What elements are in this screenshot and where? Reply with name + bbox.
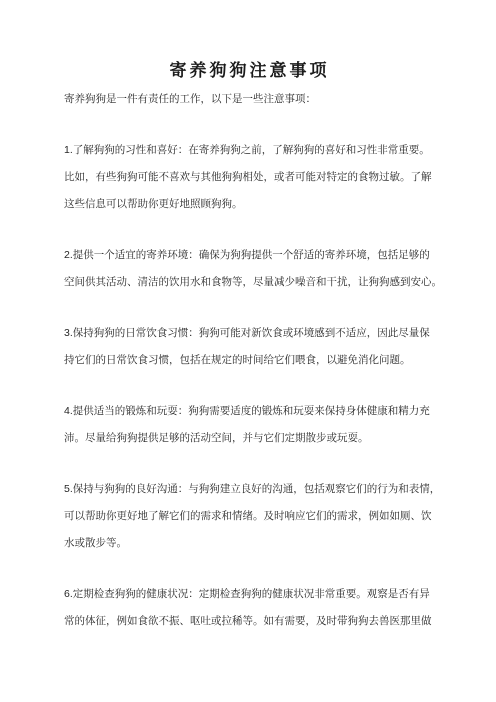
- paragraph-line: 2.提供一个适宜的寄养环境：确保为狗狗提供一个舒适的寄养环境，包括足够的: [64, 242, 432, 269]
- paragraph-line: 水或散步等。: [64, 530, 432, 557]
- paragraph-line: 常的体征，例如食欲不振、呕吐或拉稀等。如有需要，及时带狗狗去兽医那里做: [64, 608, 432, 635]
- body-paragraph-2: 2.提供一个适宜的寄养环境：确保为狗狗提供一个舒适的寄养环境，包括足够的 空间供…: [64, 242, 432, 296]
- body-paragraph-6: 6.定期检查狗狗的健康状况：定期检查狗狗的健康状况非常重要。观察是否有异 常的体…: [64, 581, 432, 635]
- paragraph-line: 4.提供适当的锻炼和玩耍：狗狗需要适度的锻炼和玩耍来保持身体健康和精力充: [64, 398, 432, 425]
- paragraph-line: 1.了解狗狗的习性和喜好：在寄养狗狗之前，了解狗狗的喜好和习性非常重要。: [64, 137, 432, 164]
- paragraph-line: 比如，有些狗狗可能不喜欢与其他狗狗相处，或者可能对特定的食物过敏。了解: [64, 164, 432, 191]
- paragraph-line: 空间供其活动、清洁的饮用水和食物等，尽量减少噪音和干扰，让狗狗感到安心。: [64, 269, 432, 296]
- body-paragraph-1: 1.了解狗狗的习性和喜好：在寄养狗狗之前，了解狗狗的喜好和习性非常重要。 比如，…: [64, 137, 432, 218]
- paragraph-line: 沛。尽量给狗狗提供足够的活动空间，并与它们定期散步或玩耍。: [64, 425, 432, 452]
- paragraph-line: 3.保持狗狗的日常饮食习惯：狗狗可能对新饮食或环境感到不适应，因此尽量保: [64, 320, 432, 347]
- body-paragraph-5: 5.保持与狗狗的良好沟通：与狗狗建立良好的沟通，包括观察它们的行为和表情， 可以…: [64, 476, 432, 557]
- paragraph-line: 寄养狗狗是一件有责任的工作，以下是一些注意事项：: [64, 86, 432, 113]
- body-paragraph-4: 4.提供适当的锻炼和玩耍：狗狗需要适度的锻炼和玩耍来保持身体健康和精力充 沛。尽…: [64, 398, 432, 452]
- paragraph-line: 持它们的日常饮食习惯，包括在规定的时间给它们喂食，以避免消化问题。: [64, 347, 432, 374]
- intro-paragraph: 寄养狗狗是一件有责任的工作，以下是一些注意事项：: [64, 86, 432, 113]
- page-title: 寄养狗狗注意事项: [64, 59, 432, 83]
- paragraph-line: 5.保持与狗狗的良好沟通：与狗狗建立良好的沟通，包括观察它们的行为和表情，: [64, 476, 432, 503]
- paragraph-line: 6.定期检查狗狗的健康状况：定期检查狗狗的健康状况非常重要。观察是否有异: [64, 581, 432, 608]
- body-paragraph-3: 3.保持狗狗的日常饮食习惯：狗狗可能对新饮食或环境感到不适应，因此尽量保 持它们…: [64, 320, 432, 374]
- paragraph-line: 这些信息可以帮助你更好地照顾狗狗。: [64, 191, 432, 218]
- paragraph-line: 可以帮助你更好地了解它们的需求和情绪。及时响应它们的需求，例如如厕、饮: [64, 503, 432, 530]
- document-page: 寄养狗狗注意事项 寄养狗狗是一件有责任的工作，以下是一些注意事项： 1.了解狗狗…: [0, 0, 496, 702]
